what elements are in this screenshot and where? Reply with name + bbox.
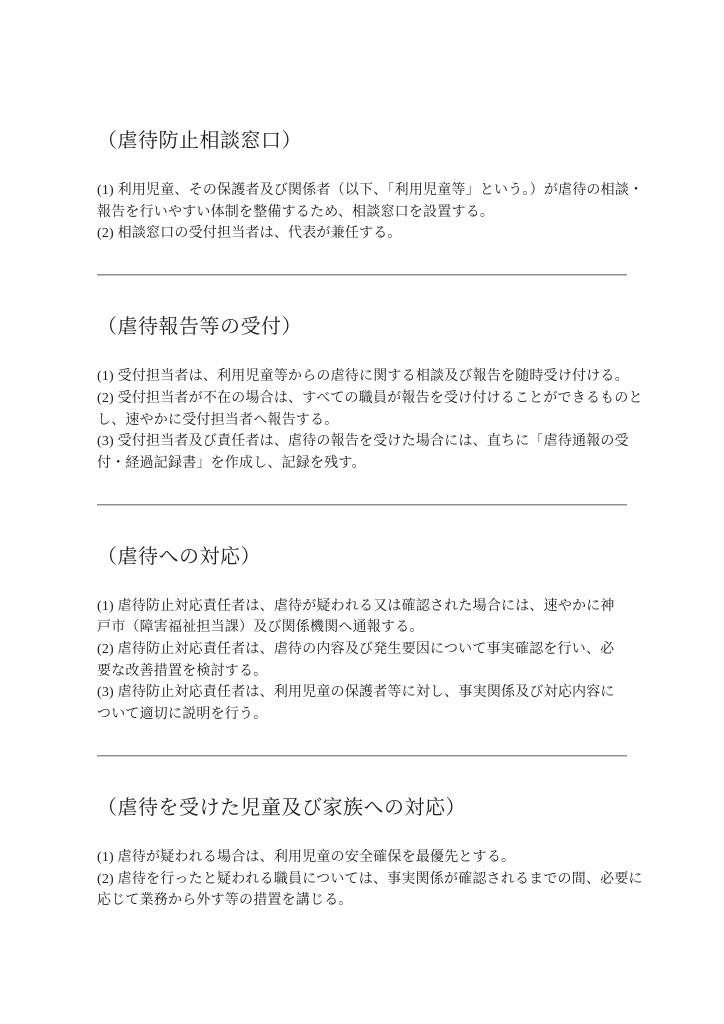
body-line: し、速やかに受付担当者へ報告する。 [97,410,627,432]
body-line: (1) 虐待防止対応責任者は、虐待が疑われる又は確認された場合には、速やかに神 [97,596,627,618]
section-title: （虐待への対応） [97,543,627,571]
body-line: (2) 受付担当者が不在の場合は、すべての職員が報告を受け付けることができるもの… [97,388,627,410]
body-line: (2) 虐待を行ったと疑われる職員については、事実関係が確認されるまでの間、必要… [97,869,627,891]
body-line: (2) 虐待防止対応責任者は、虐待の内容及び発生要因について事実確認を行い、必 [97,639,627,661]
body-line: (1) 受付担当者は、利用児童等からの虐待に関する相談及び報告を随時受け付ける。 [97,366,627,388]
section-divider [97,504,627,506]
body-line: 報告を行いやすい体制を整備するため、相談窓口を設置する。 [97,202,627,224]
body-line: (1) 虐待が疑われる場合は、利用児童の安全確保を最優先とする。 [97,847,627,869]
section-body: (1) 利用児童、その保護者及び関係者（以下、「利用児童等」という。）が虐待の相… [97,180,627,245]
section-child-family-response: （虐待を受けた児童及び家族への対応） (1) 虐待が疑われる場合は、利用児童の安… [97,794,627,912]
body-line: 戸市（障害福祉担当課）及び関係機関へ通報する。 [97,617,627,639]
body-line: (3) 受付担当者及び責任者は、虐待の報告を受けた場合には、直ちに「虐待通報の受 [97,431,627,453]
section-body: (1) 虐待が疑われる場合は、利用児童の安全確保を最優先とする。 (2) 虐待を… [97,847,627,912]
section-divider [97,755,627,757]
section-abuse-response: （虐待への対応） (1) 虐待防止対応責任者は、虐待が疑われる又は確認された場合… [97,543,627,726]
body-line: (1) 利用児童、その保護者及び関係者（以下、「利用児童等」という。）が虐待の相… [97,180,627,202]
body-line: 応じて業務から外す等の措置を講じる。 [97,890,627,912]
section-title: （虐待を受けた児童及び家族への対応） [97,794,627,822]
document-page: （虐待防止相談窓口） (1) 利用児童、その保護者及び関係者（以下、「利用児童等… [0,0,724,1024]
section-consultation-window: （虐待防止相談窓口） (1) 利用児童、その保護者及び関係者（以下、「利用児童等… [97,127,627,245]
section-report-reception: （虐待報告等の受付） (1) 受付担当者は、利用児童等からの虐待に関する相談及び… [97,313,627,475]
section-divider [97,274,627,276]
section-title: （虐待防止相談窓口） [97,127,627,155]
body-line: 付・経過記録書」を作成し、記録を残す。 [97,453,627,475]
section-body: (1) 虐待防止対応責任者は、虐待が疑われる又は確認された場合には、速やかに神 … [97,596,627,726]
body-line: ついて適切に説明を行う。 [97,704,627,726]
section-title: （虐待報告等の受付） [97,313,627,341]
section-body: (1) 受付担当者は、利用児童等からの虐待に関する相談及び報告を随時受け付ける。… [97,366,627,475]
body-line: (2) 相談窓口の受付担当者は、代表が兼任する。 [97,223,627,245]
body-line: 要な改善措置を検討する。 [97,661,627,683]
body-line: (3) 虐待防止対応責任者は、利用児童の保護者等に対し、事実関係及び対応内容に [97,682,627,704]
